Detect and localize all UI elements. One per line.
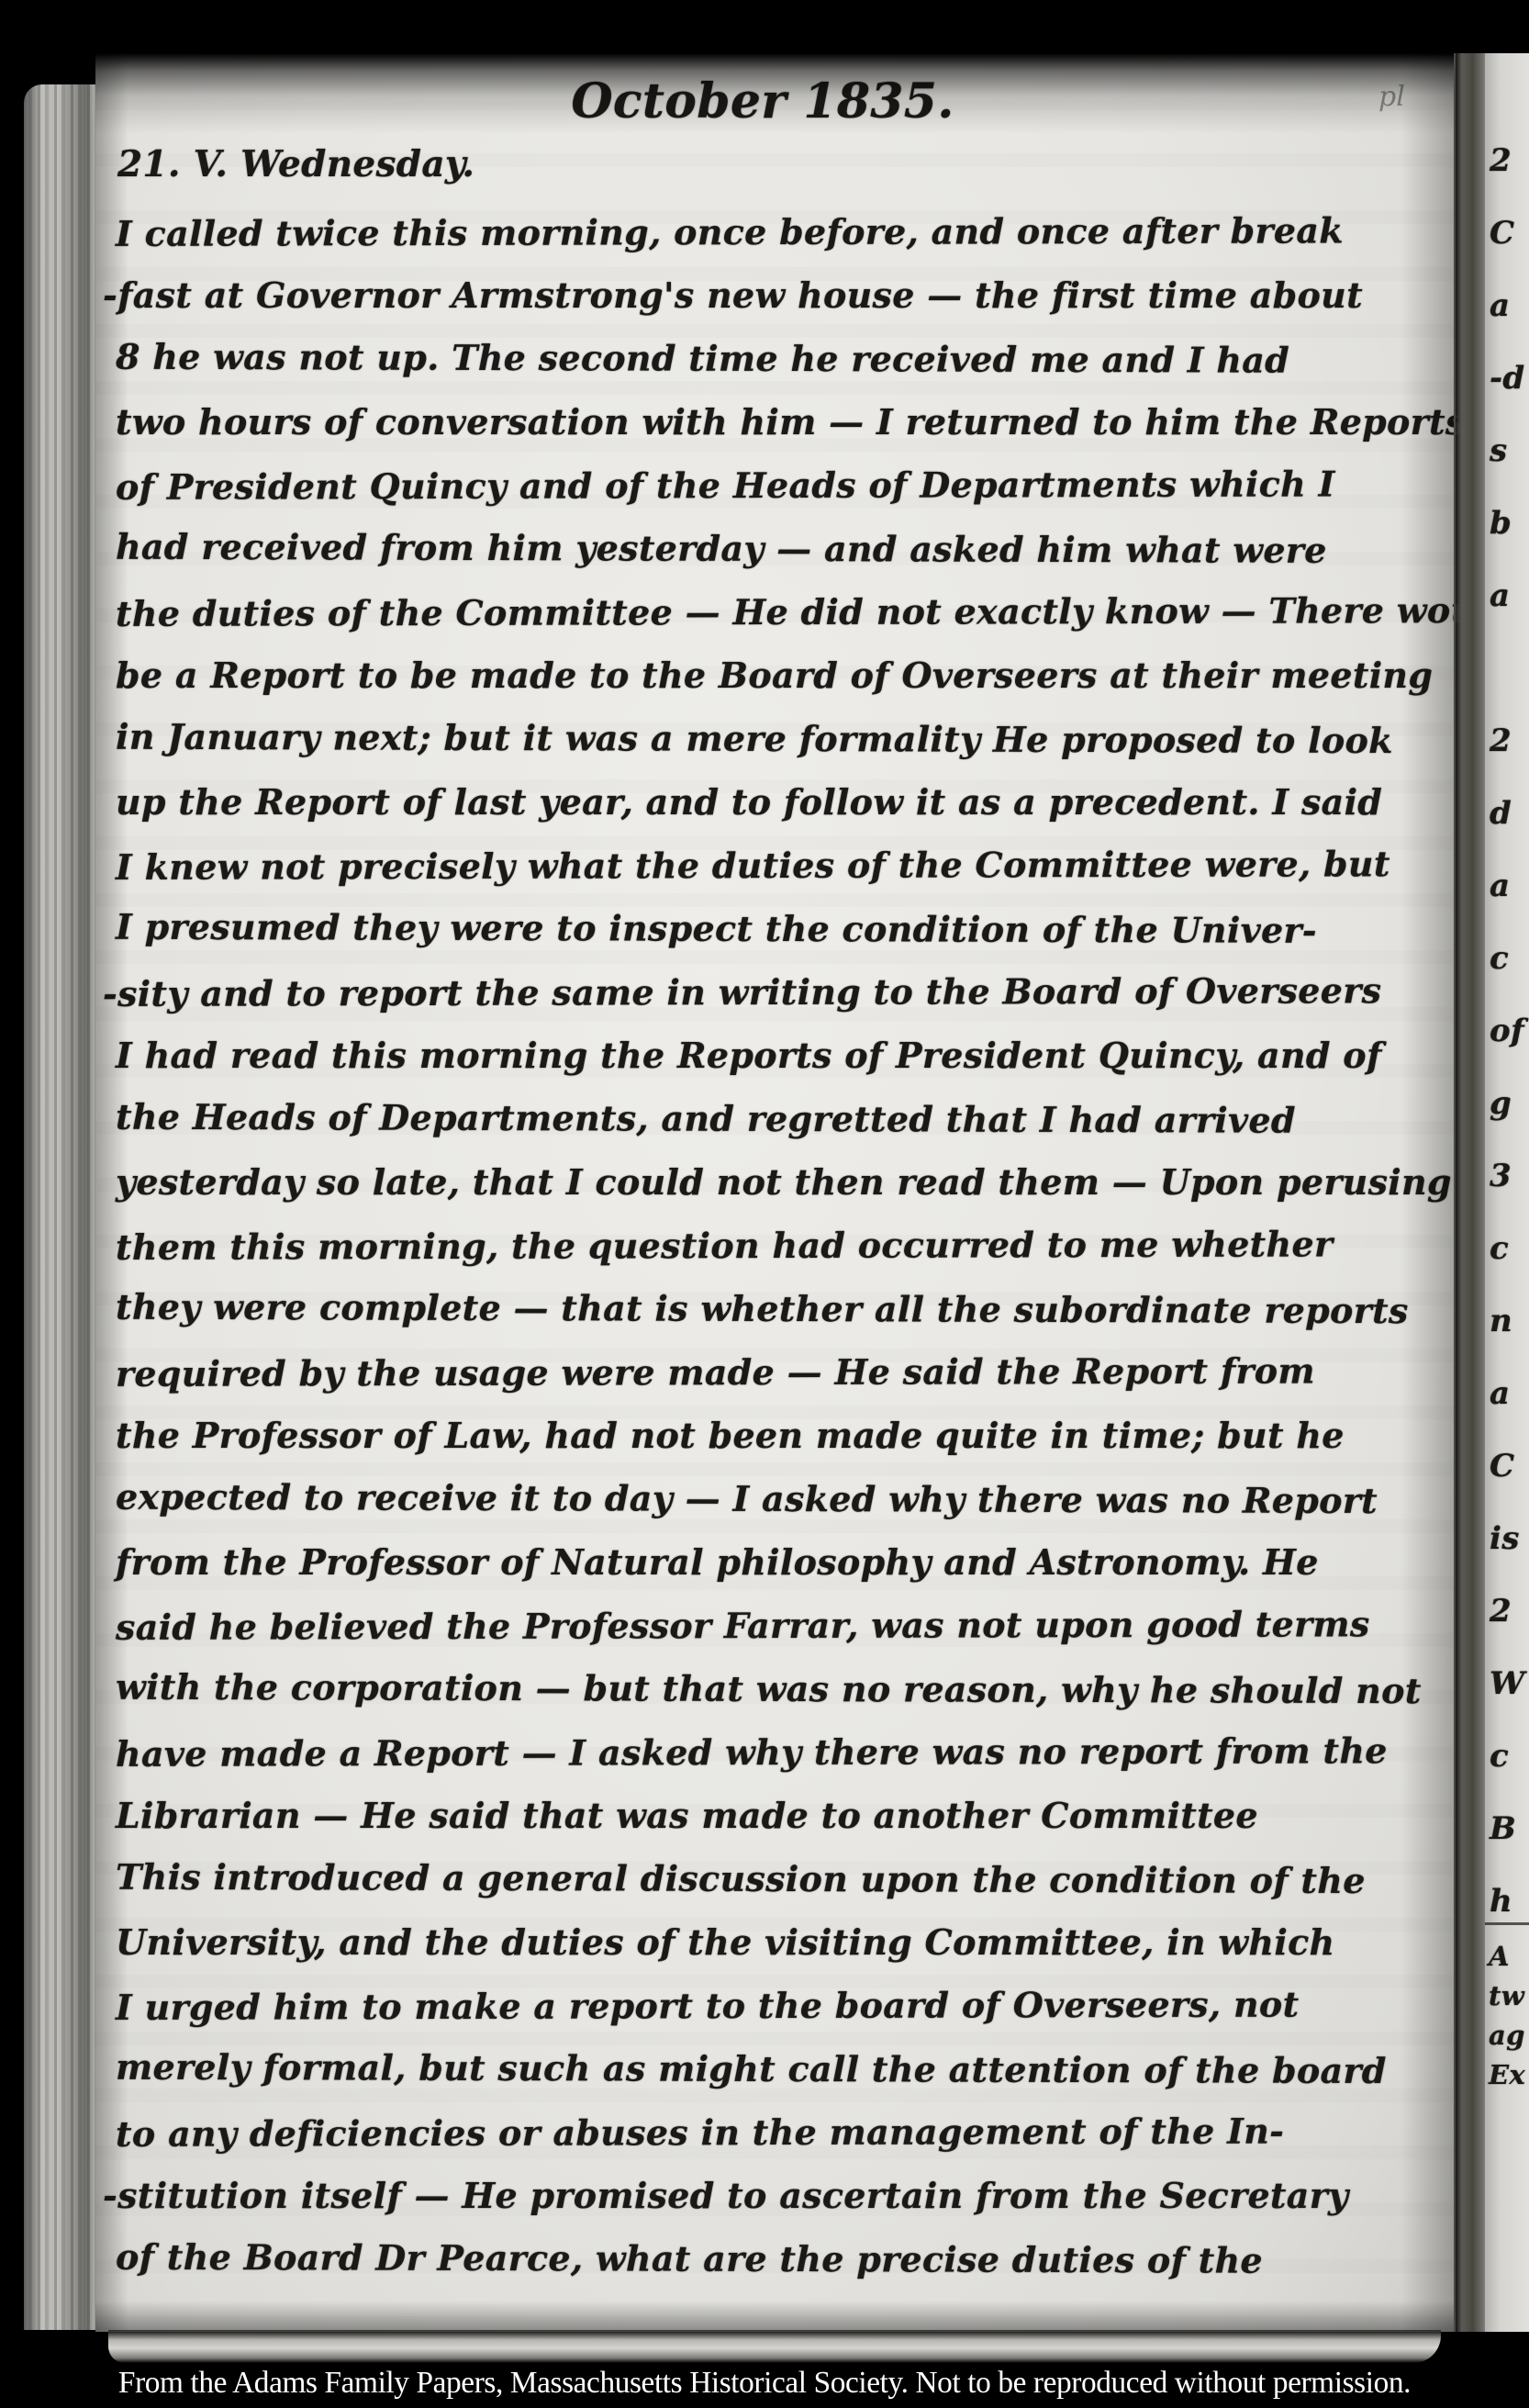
manuscript-line: to any deficiencies or abuses in the man… bbox=[116, 2099, 1448, 2166]
manuscript-line: with the corporation — but that was no r… bbox=[116, 1655, 1448, 1723]
facing-page-text-fragment: h bbox=[1490, 1865, 1525, 1938]
manuscript-line: I presumed they were to inspect the cond… bbox=[116, 895, 1448, 963]
manuscript-line: the Professor of Law, had not been made … bbox=[116, 1404, 1448, 1467]
facing-page-text-fragment: n bbox=[1490, 1285, 1525, 1358]
facing-page-text-fragment: is bbox=[1490, 1503, 1525, 1575]
book-gutter bbox=[1454, 53, 1487, 2332]
manuscript-line: -fast at Governor Armstrong's new house … bbox=[103, 263, 1448, 327]
facing-page-text-fragment: ag bbox=[1489, 2016, 1525, 2055]
facing-page-text-fragment: 3 bbox=[1490, 1140, 1525, 1213]
facing-page-text-fragment: g bbox=[1490, 1068, 1525, 1140]
photo-caption: From the Adams Family Papers, Massachuse… bbox=[16, 2365, 1514, 2408]
manuscript-line: This introduced a general discussion upo… bbox=[116, 1845, 1448, 1913]
facing-page-text-fragment: C bbox=[1490, 197, 1525, 270]
facing-page-fragments: 2Ca-dsba2dacofg3cnaCis2WcBh bbox=[1490, 125, 1525, 1938]
manuscript-line: of President Quincy and of the Heads of … bbox=[116, 452, 1448, 519]
manuscript-line: -stitution itself — He promised to ascer… bbox=[103, 2164, 1448, 2227]
pencil-note: pl bbox=[1378, 81, 1405, 113]
manuscript-line: I urged him to make a report to the boar… bbox=[116, 1972, 1448, 2039]
facing-page-text-fragment: B bbox=[1490, 1793, 1525, 1865]
facing-page-text-fragment: c bbox=[1490, 1213, 1525, 1285]
facing-page-text-fragment: of bbox=[1490, 995, 1525, 1068]
manuscript-line: 8 he was not up. The second time he rece… bbox=[116, 325, 1448, 393]
facing-page-text-fragment: W bbox=[1490, 1648, 1525, 1720]
facing-page-text-fragment: s bbox=[1490, 415, 1525, 487]
manuscript-line: in January next; but it was a mere forma… bbox=[116, 705, 1448, 773]
book-bottom-edge bbox=[108, 2330, 1441, 2363]
manuscript-line: them this morning, the question had occu… bbox=[116, 1212, 1448, 1279]
manuscript-line: yesterday so late, that I could not then… bbox=[116, 1150, 1448, 1214]
manuscript-line: said he believed the Professor Farrar, w… bbox=[116, 1592, 1448, 1659]
facing-page-text-fragment: A bbox=[1489, 1937, 1525, 1977]
manuscript-line: of the Board Dr Pearce, what are the pre… bbox=[116, 2225, 1448, 2293]
facing-page-text-fragment: d bbox=[1490, 778, 1525, 850]
manuscript-body: I called twice this morning, once before… bbox=[116, 200, 1448, 2290]
manuscript-line: I called twice this morning, once before… bbox=[116, 198, 1448, 265]
facing-page-text-fragment: C bbox=[1490, 1430, 1525, 1503]
manuscript-line: had received from him yesterday — and as… bbox=[116, 515, 1448, 583]
photo-canvas: October 1835. pl 21. V. Wednesday. I cal… bbox=[0, 0, 1529, 2408]
manuscript-page: October 1835. pl 21. V. Wednesday. I cal… bbox=[95, 53, 1456, 2332]
book-left-edge bbox=[24, 84, 95, 2330]
facing-page-text-fragment: 2 bbox=[1490, 1575, 1525, 1648]
manuscript-line: two hours of conversation with him — I r… bbox=[116, 390, 1448, 454]
manuscript-line: -sity and to report the same in writing … bbox=[103, 958, 1448, 1025]
facing-page-fragments-lower: AtwagEx bbox=[1489, 1937, 1525, 2095]
manuscript-line: the Heads of Departments, and regretted … bbox=[116, 1085, 1448, 1153]
facing-page-text-fragment: a bbox=[1490, 1358, 1525, 1430]
manuscript-line: they were complete — that is whether all… bbox=[116, 1275, 1448, 1343]
facing-page-text-fragment: c bbox=[1490, 923, 1525, 995]
facing-page-text-fragment: -d bbox=[1490, 342, 1525, 415]
manuscript-line: I knew not precisely what the duties of … bbox=[116, 832, 1448, 899]
facing-page-text-fragment: 2 bbox=[1490, 705, 1525, 778]
page-bottom-shadow bbox=[95, 2301, 1456, 2332]
manuscript-line: University, and the duties of the visiti… bbox=[116, 1910, 1448, 1974]
facing-page-text-fragment bbox=[1490, 633, 1525, 705]
facing-page-sliver: 2Ca-dsba2dacofg3cnaCis2WcBh AtwagEx bbox=[1485, 53, 1529, 2332]
facing-page-text-fragment: c bbox=[1490, 1720, 1525, 1793]
manuscript-line: from the Professor of Natural philosophy… bbox=[116, 1530, 1448, 1594]
facing-page-text-fragment: a bbox=[1490, 270, 1525, 342]
manuscript-line: I had read this morning the Reports of P… bbox=[116, 1024, 1448, 1087]
manuscript-line: Librarian — He said that was made to ano… bbox=[116, 1784, 1448, 1847]
manuscript-line: the duties of the Committee — He did not… bbox=[116, 578, 1448, 645]
facing-page-text-fragment: b bbox=[1490, 487, 1525, 560]
facing-page-rule bbox=[1485, 1922, 1529, 1925]
manuscript-line: merely formal, but such as might call th… bbox=[116, 2035, 1448, 2103]
manuscript-line: up the Report of last year, and to follo… bbox=[116, 770, 1448, 834]
manuscript-line: required by the usage were made — He sai… bbox=[116, 1338, 1448, 1406]
manuscript-line: be a Report to be made to the Board of O… bbox=[116, 644, 1448, 707]
manuscript-line: have made a Report — I asked why there w… bbox=[116, 1719, 1448, 1786]
facing-page-text-fragment: a bbox=[1490, 850, 1525, 923]
facing-page-text-fragment: tw bbox=[1489, 1977, 1525, 2016]
facing-page-text-fragment: a bbox=[1490, 560, 1525, 633]
entry-date-heading: 21. V. Wednesday. bbox=[117, 143, 474, 185]
facing-page-text-fragment: Ex bbox=[1489, 2055, 1525, 2095]
month-year-heading: October 1835. bbox=[83, 73, 1443, 129]
manuscript-line: expected to receive it to day — I asked … bbox=[116, 1465, 1448, 1533]
facing-page-text-fragment: 2 bbox=[1490, 125, 1525, 197]
